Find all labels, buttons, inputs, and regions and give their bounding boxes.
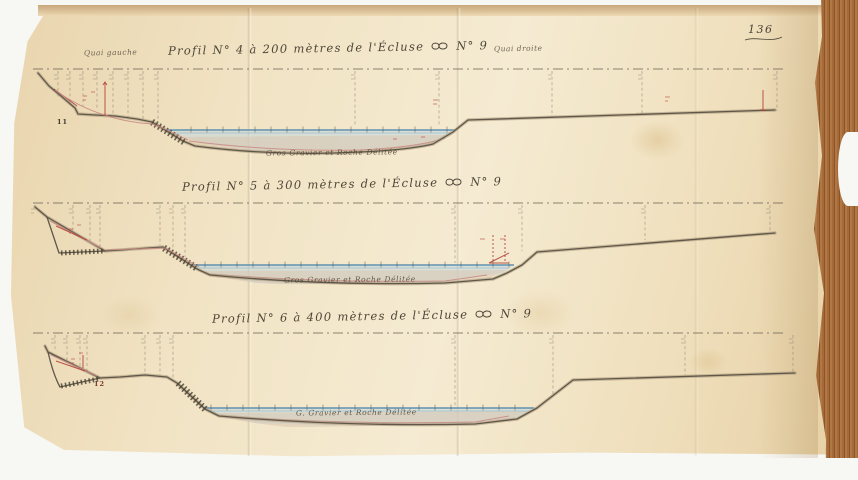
page-number: 136 <box>748 23 774 36</box>
drop-group <box>35 205 770 263</box>
smudge-group <box>51 339 793 343</box>
drop-group <box>55 335 793 406</box>
profile-2-bed-caption: Gros Gravier et Roche Délitée <box>284 274 416 284</box>
smudge-group <box>31 209 770 213</box>
profile-2-drawing <box>25 195 820 305</box>
drop-group <box>58 71 777 127</box>
profile-2-red-annotations <box>50 221 509 267</box>
scanned-archive-page: 136 Quai gauche Quai droite Profil N° 4 … <box>0 0 858 480</box>
profile-2-lock-ref: N° 9 <box>470 174 502 189</box>
binding-torn-notch <box>838 132 858 206</box>
smudge-group <box>54 75 777 79</box>
profile-3-drawing <box>25 315 820 440</box>
profile-3-stake-mark: 12 <box>94 380 105 388</box>
paper-top-fold-edge <box>38 5 832 16</box>
profile-1-bed-caption: Gros Gravier et Roche Délitée <box>266 147 398 157</box>
profile-1-drawing <box>25 40 820 175</box>
flourish-icon <box>444 176 464 188</box>
profile-3-bed-caption: G. Gravier et Roche Délitée <box>296 407 417 417</box>
profile-1-stake-mark: 11 <box>57 118 68 126</box>
